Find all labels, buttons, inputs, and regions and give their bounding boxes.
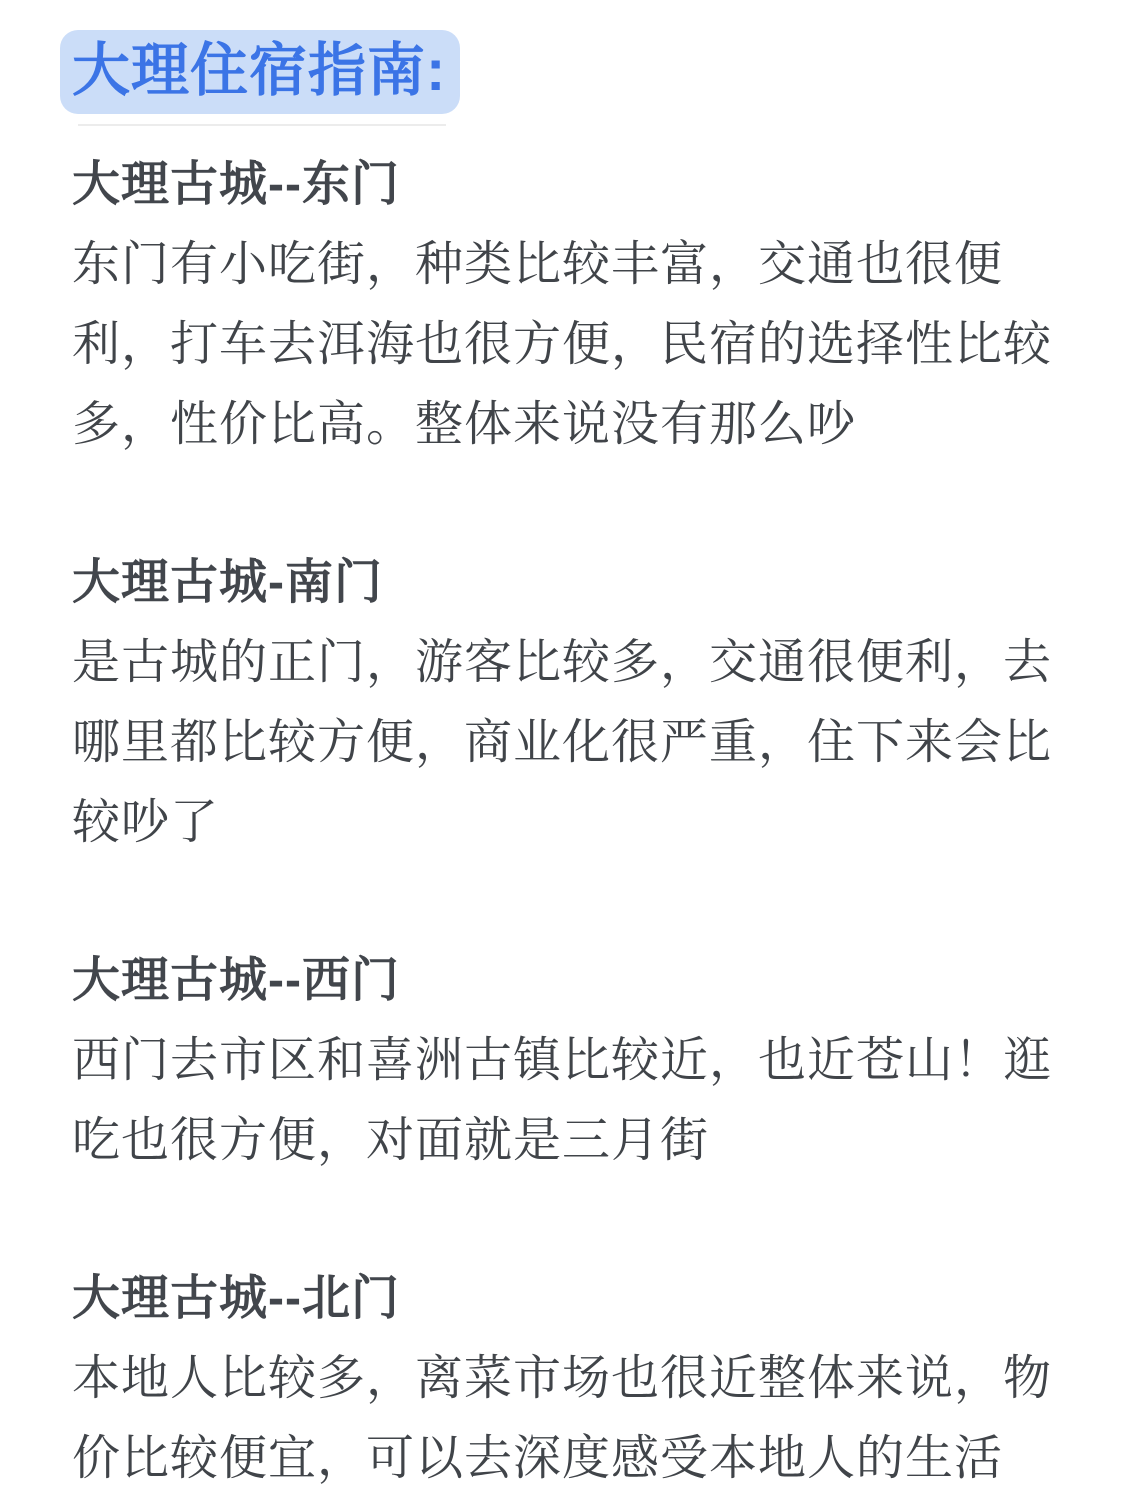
section-body-east-gate: 东门有小吃街，种类比较丰富，交通也很便 利，打车去洱海也很方便，民宿的选择性比较…: [72, 225, 1055, 465]
section-heading-east-gate: 大理古城--东门: [72, 145, 1055, 225]
section-body-west-gate: 西门去市区和喜洲古镇比较近，也近苍山！逛 吃也很方便，对面就是三月街: [72, 1021, 1055, 1181]
section-body-north-gate: 本地人比较多，离菜市场也很近整体来说，物 价比较便宜，可以去深度感受本地人的生活: [72, 1339, 1055, 1499]
section-east-gate: 大理古城--东门 东门有小吃街，种类比较丰富，交通也很便 利，打车去洱海也很方便…: [72, 145, 1055, 465]
document-page: 大理住宿指南: 大理古城--东门 东门有小吃街，种类比较丰富，交通也很便 利，打…: [0, 0, 1127, 1503]
section-south-gate: 大理古城-南门 是古城的正门，游客比较多，交通很便利，去 哪里都比较方便，商业化…: [72, 543, 1055, 863]
section-heading-west-gate: 大理古城--西门: [72, 941, 1055, 1021]
page-title-text: 大理住宿指南:: [60, 30, 460, 114]
page-title: 大理住宿指南:: [60, 30, 1055, 145]
section-body-south-gate: 是古城的正门，游客比较多，交通很便利，去 哪里都比较方便，商业化很严重，住下来会…: [72, 623, 1055, 863]
section-west-gate: 大理古城--西门 西门去市区和喜洲古镇比较近，也近苍山！逛 吃也很方便，对面就是…: [72, 941, 1055, 1181]
title-spacer: [60, 126, 1055, 145]
section-heading-south-gate: 大理古城-南门: [72, 543, 1055, 623]
section-heading-north-gate: 大理古城--北门: [72, 1259, 1055, 1339]
section-north-gate: 大理古城--北门 本地人比较多，离菜市场也很近整体来说，物 价比较便宜，可以去深…: [72, 1259, 1055, 1499]
